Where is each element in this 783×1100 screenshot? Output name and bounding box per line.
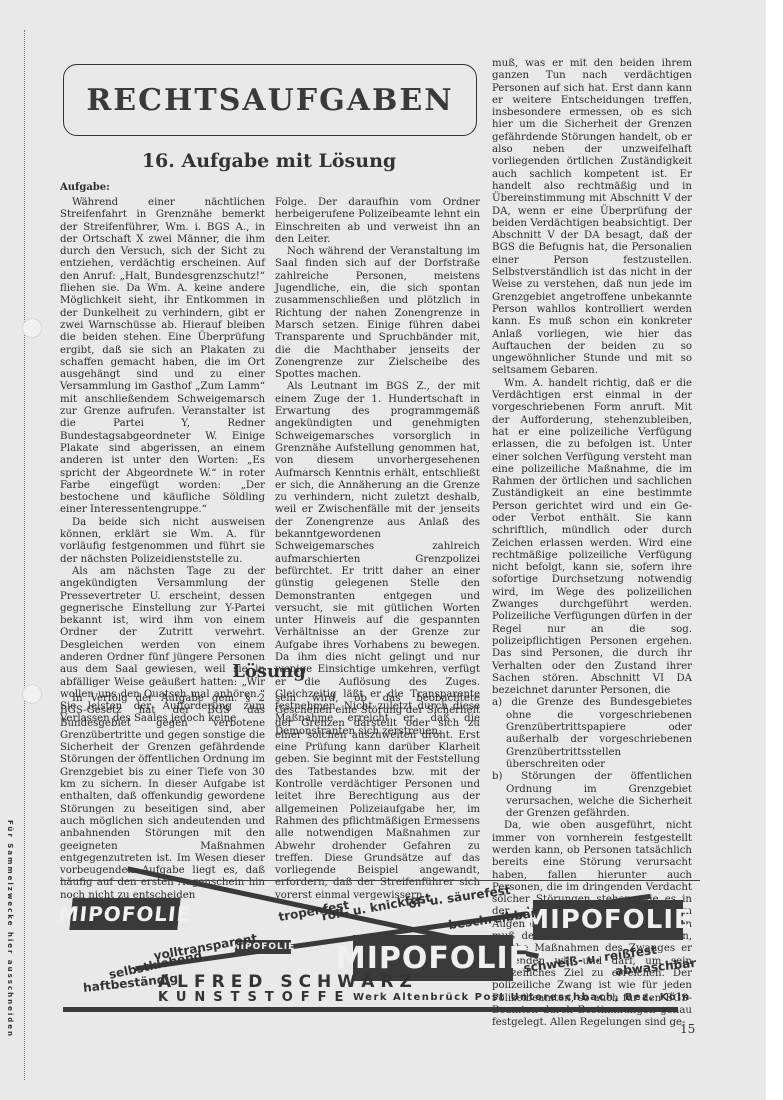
- ad-bottom-bar: [63, 1007, 678, 1012]
- paragraph: muß, was er mit den beiden ihrem ganzen …: [492, 58, 692, 378]
- solution-column-1: In Verfolg der Aufgabe gem. § 2 BGS-Gese…: [60, 693, 265, 902]
- solution-title: Lösung: [63, 661, 475, 682]
- task-label: Aufgabe:: [60, 182, 110, 193]
- list-item: a) die Grenze des Bundesgebietes ohne di…: [492, 697, 692, 771]
- cut-line: [24, 30, 25, 1080]
- cut-instruction: Für Sammelzwecke hier ausschneiden: [6, 820, 14, 1038]
- punch-hole: [22, 684, 42, 704]
- paragraph: Als Leutnant im BGS Z., der mit einem Zu…: [275, 381, 480, 738]
- punch-hole: [22, 318, 42, 338]
- ad-company-name: ALFRED SCHWARZ: [158, 972, 418, 992]
- page-number: 15: [680, 1022, 695, 1036]
- solution-column-3: muß, was er mit den beiden ihrem ganzen …: [492, 58, 692, 1029]
- paragraph: Folge. Der daraufhin vom Ordner herbeige…: [275, 197, 480, 246]
- list-item: b) Störungen der öffentlichen Ordnung im…: [492, 771, 692, 820]
- paragraph: Noch während der Veranstaltung im Saal f…: [275, 246, 480, 381]
- paragraph: In Verfolg der Aufgabe gem. § 2 BGS-Gese…: [60, 693, 265, 902]
- solution-column-2: sein wird, ob das beobachtete Geschehen …: [275, 693, 480, 902]
- ad-logo-small: MIPOFOLIE: [69, 898, 180, 930]
- ad-company-sub: KUNSTSTOFFE: [158, 990, 351, 1005]
- paragraph: Da beide sich nicht ausweisen können, er…: [60, 517, 265, 566]
- section-title-box: RECHTSAUFGABEN: [63, 64, 477, 136]
- task-column-2: Folge. Der daraufhin vom Ordner herbeige…: [275, 197, 480, 738]
- ad-address: Werk Altenbrück Post Untereschbach, Bez.…: [353, 992, 691, 1003]
- divider: [60, 880, 700, 881]
- section-title: RECHTSAUFGABEN: [86, 83, 453, 118]
- task-subtitle: 16. Aufgabe mit Lösung: [63, 150, 475, 172]
- paragraph: sein wird, ob das beobachtete Geschehen …: [275, 693, 480, 902]
- task-column-1: Während einer nächtlichen Streifenfahrt …: [60, 197, 265, 726]
- paragraph: Wm. A. handelt richtig, daß er die Verdä…: [492, 378, 692, 698]
- ad-logo-right: MIPOFOLIE: [533, 900, 683, 940]
- paragraph: Während einer nächtlichen Streifenfahrt …: [60, 197, 265, 517]
- advertisement: MIPOFOLIE MIPOFOLIE MIPOFOLIE MIPOFOLIE …: [63, 890, 703, 1015]
- page: Für Sammelzwecke hier ausschneiden RECHT…: [0, 0, 766, 1100]
